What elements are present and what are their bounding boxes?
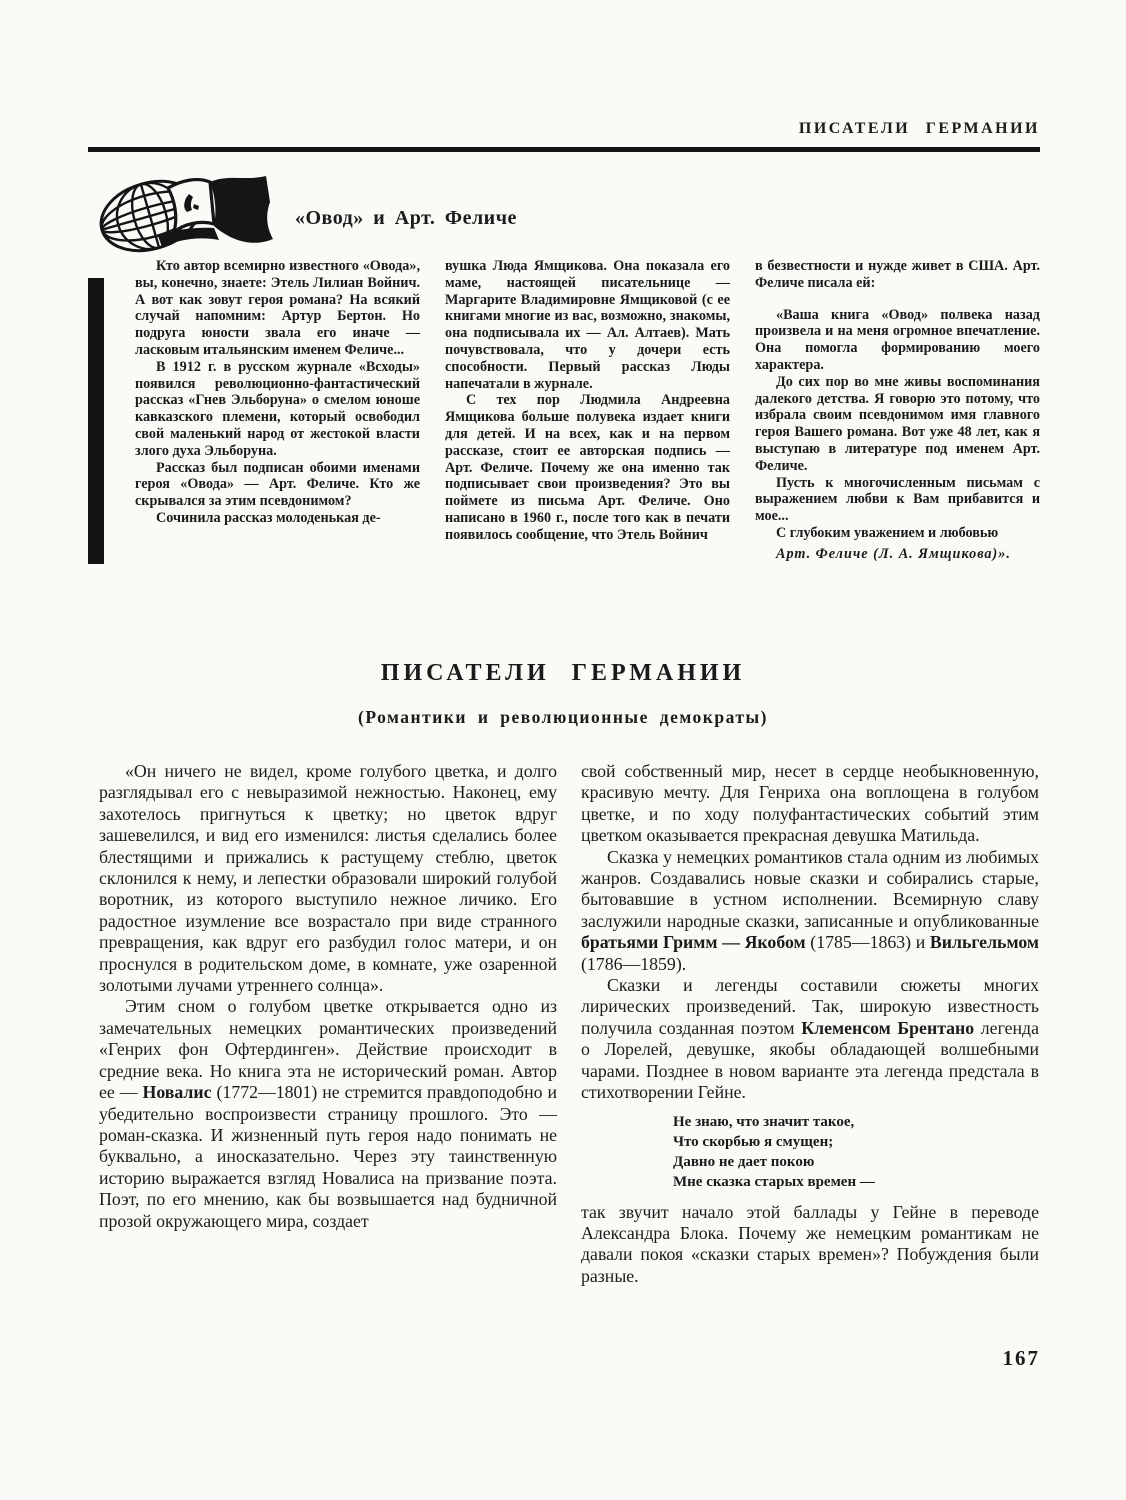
poem-line: Не знаю, что значит такое,: [673, 1112, 1039, 1132]
paragraph: «Ваша книга «Овод» полвека назад произве…: [755, 307, 1040, 374]
paragraph: так звучит начало этой баллады у Гейне в…: [581, 1202, 1039, 1288]
article-column-2: вушка Люда Ямщикова. Она показала его ма…: [445, 258, 730, 563]
poem-line: Что скорбью я смущен;: [673, 1132, 1039, 1152]
poem-quote: Не знаю, что значит такое,Что скорбью я …: [673, 1112, 1039, 1192]
paragraph: С тех пор Людмила Андреевна Ямщикова бол…: [445, 392, 730, 543]
paragraph: Рассказ был подписан обоими именами геро…: [135, 460, 420, 510]
article-column-1: Кто автор всемирно известного «Овода», в…: [135, 258, 420, 563]
section-title: ПИСАТЕЛИ ГЕРМАНИИ: [0, 660, 1126, 687]
header-rule: [88, 147, 1040, 152]
paragraph: В 1912 г. в русском журнале «Всходы» поя…: [135, 359, 420, 460]
article-title: «Овод» и Арт. Феличе: [295, 207, 517, 230]
poem-line: Мне сказка старых времен —: [673, 1172, 1039, 1192]
section-columns: «Он ничего не видел, кроме голубого цвет…: [99, 761, 1040, 1287]
paragraph: Сказка у немецких романтиков стала одним…: [581, 847, 1039, 975]
paragraph: «Он ничего не видел, кроме голубого цвет…: [99, 761, 557, 996]
poem-line: Давно не дает покою: [673, 1152, 1039, 1172]
paragraph: Сочинила рассказ молоденькая де-: [135, 510, 420, 527]
paragraph: Этим сном о голубом цветке открывается о…: [99, 996, 557, 1231]
paragraph: Арт. Феличе (Л. А. Ямщикова)».: [755, 546, 1040, 563]
article-columns: Кто автор всемирно известного «Овода», в…: [135, 258, 1040, 563]
running-head: ПИСАТЕЛИ ГЕРМАНИИ: [799, 120, 1040, 138]
section-column-1: «Он ничего не видел, кроме голубого цвет…: [99, 761, 557, 1287]
paragraph: С глубоким уважением и любовью: [755, 525, 1040, 542]
paragraph: Сказки и легенды составили сюжеты многих…: [581, 975, 1039, 1103]
paragraph: Пусть к многочисленным письмам с выражен…: [755, 475, 1040, 525]
paragraph: в безвестности и нужде живет в США. Арт.…: [755, 258, 1040, 292]
page-number: 167: [1003, 1346, 1041, 1371]
paragraph: свой собственный мир, несет в сердце нео…: [581, 761, 1039, 847]
article-column-3: в безвестности и нужде живет в США. Арт.…: [755, 258, 1040, 563]
globe-flag-icon: [98, 174, 273, 259]
section-subtitle: (Романтики и революционные демократы): [0, 707, 1126, 728]
paragraph: Кто автор всемирно известного «Овода», в…: [135, 258, 420, 359]
section-column-2: свой собственный мир, несет в сердце нео…: [581, 761, 1039, 1287]
paragraph: До сих пор во мне живы воспоминания дале…: [755, 374, 1040, 475]
book-page: ПИСАТЕЛИ ГЕРМАНИИ «Овод» и Арт. Феличе К…: [0, 0, 1126, 1500]
margin-rule-bar: [88, 278, 104, 564]
paragraph: вушка Люда Ямщикова. Она показала его ма…: [445, 258, 730, 392]
